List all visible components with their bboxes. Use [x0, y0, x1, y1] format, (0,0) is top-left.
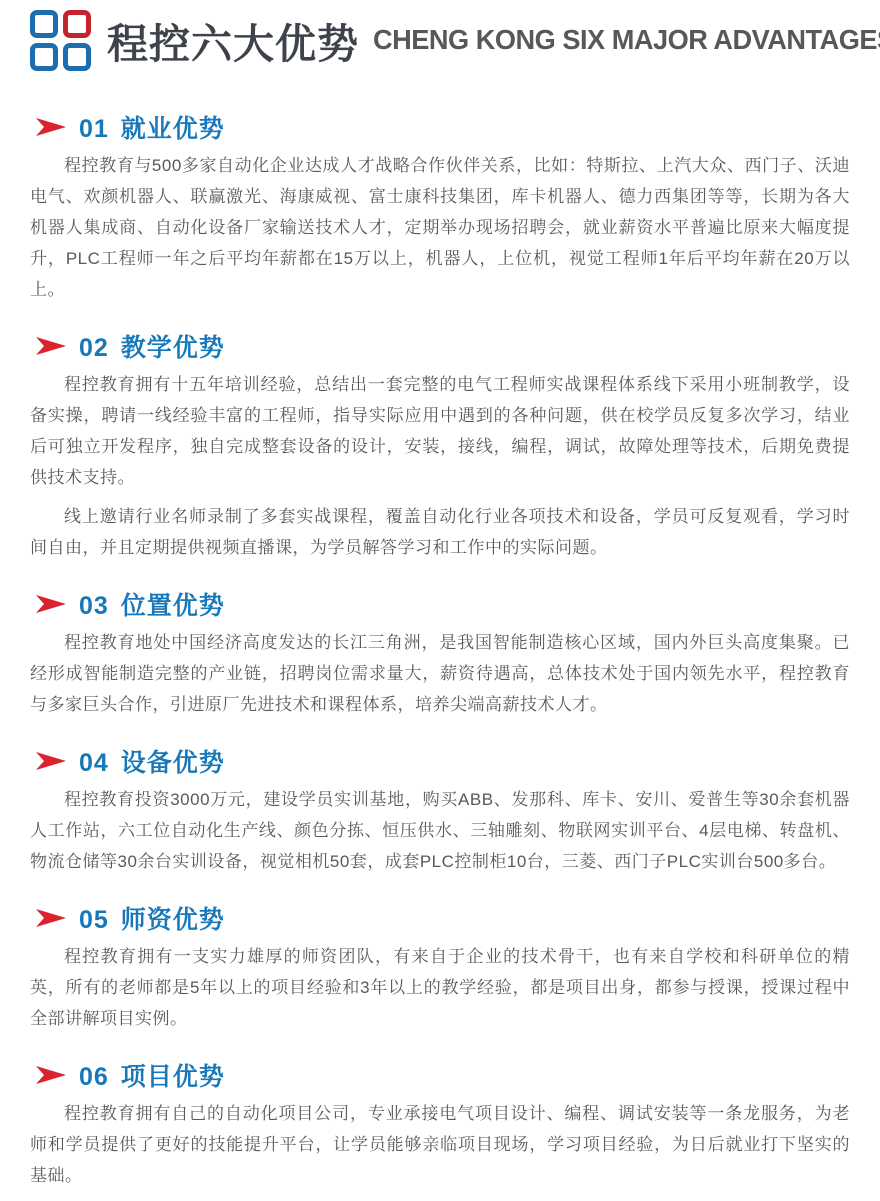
logo-square-bottom-right: [63, 43, 91, 71]
section-paragraph: 程控教育拥有十五年培训经验，总结出一套完整的电气工程师实战课程体系线下采用小班制…: [30, 369, 850, 493]
section-number: 01: [79, 115, 109, 143]
section-paragraph: 程控教育地处中国经济高度发达的长江三角洲，是我国智能制造核心区域，国内外巨头高度…: [30, 627, 850, 720]
logo-square-top-left: [30, 10, 58, 38]
section-title-text: 教学优势: [121, 334, 225, 362]
section-title: 02 教学优势: [79, 328, 225, 364]
section-heading: 06 项目优势: [30, 1060, 850, 1090]
section-number: 05: [79, 906, 109, 934]
section-paragraph: 程控教育拥有自己的自动化项目公司，专业承接电气项目设计、编程、调试安装等一条龙服…: [30, 1098, 850, 1191]
section-paragraph: 程控教育投资3000万元，建设学员实训基地，购买ABB、发那科、库卡、安川、爱普…: [30, 784, 850, 877]
section-heading: 03 位置优势: [30, 589, 850, 619]
section-heading: 01 就业优势: [30, 112, 850, 142]
section-title: 06 项目优势: [79, 1057, 225, 1093]
section-heading: 05 师资优势: [30, 903, 850, 933]
section-project-advantage: 06 项目优势 程控教育拥有自己的自动化项目公司，专业承接电气项目设计、编程、调…: [30, 1060, 850, 1191]
section-title: 04 设备优势: [79, 743, 225, 779]
section-title: 03 位置优势: [79, 586, 225, 622]
section-heading: 02 教学优势: [30, 331, 850, 361]
chengkong-logo-icon: [30, 10, 91, 71]
section-employment-advantage: 01 就业优势 程控教育与500多家自动化企业达成人才战略合作伙伴关系，比如：特…: [30, 112, 850, 305]
section-title-text: 位置优势: [121, 592, 225, 620]
page-title: 程控六大优势: [107, 11, 359, 70]
page-header: 程控六大优势 CHENG KONG SIX MAJOR ADVANTAGES: [30, 8, 850, 72]
section-equipment-advantage: 04 设备优势 程控教育投资3000万元，建设学员实训基地，购买ABB、发那科、…: [30, 746, 850, 877]
logo-square-bottom-left: [30, 43, 58, 71]
section-faculty-advantage: 05 师资优势 程控教育拥有一支实力雄厚的师资团队，有来自于企业的技术骨干，也有…: [30, 903, 850, 1034]
section-title-text: 项目优势: [121, 1063, 225, 1091]
section-number: 03: [79, 592, 109, 620]
section-heading: 04 设备优势: [30, 746, 850, 776]
arrowhead-icon: [36, 594, 66, 614]
page-title-english: CHENG KONG SIX MAJOR ADVANTAGES: [373, 24, 880, 56]
section-paragraph: 线上邀请行业名师录制了多套实战课程，覆盖自动化行业各项技术和设备，学员可反复观看…: [30, 501, 850, 563]
arrowhead-icon: [36, 908, 66, 928]
section-title: 01 就业优势: [79, 109, 225, 145]
arrowhead-icon: [36, 1065, 66, 1085]
arrowhead-icon: [36, 336, 66, 356]
section-title-text: 设备优势: [121, 749, 225, 777]
page: 程控六大优势 CHENG KONG SIX MAJOR ADVANTAGES 0…: [0, 0, 880, 1201]
section-number: 04: [79, 749, 109, 777]
section-paragraph: 程控教育拥有一支实力雄厚的师资团队，有来自于企业的技术骨干，也有来自学校和科研单…: [30, 941, 850, 1034]
logo-square-top-right: [63, 10, 91, 38]
arrowhead-icon: [36, 751, 66, 771]
section-location-advantage: 03 位置优势 程控教育地处中国经济高度发达的长江三角洲，是我国智能制造核心区域…: [30, 589, 850, 720]
section-title-text: 就业优势: [121, 115, 225, 143]
section-paragraph: 程控教育与500多家自动化企业达成人才战略合作伙伴关系，比如：特斯拉、上汽大众、…: [30, 150, 850, 305]
section-title-text: 师资优势: [121, 906, 225, 934]
section-title: 05 师资优势: [79, 900, 225, 936]
section-number: 06: [79, 1063, 109, 1091]
arrowhead-icon: [36, 117, 66, 137]
section-number: 02: [79, 334, 109, 362]
section-teaching-advantage: 02 教学优势 程控教育拥有十五年培训经验，总结出一套完整的电气工程师实战课程体…: [30, 331, 850, 563]
